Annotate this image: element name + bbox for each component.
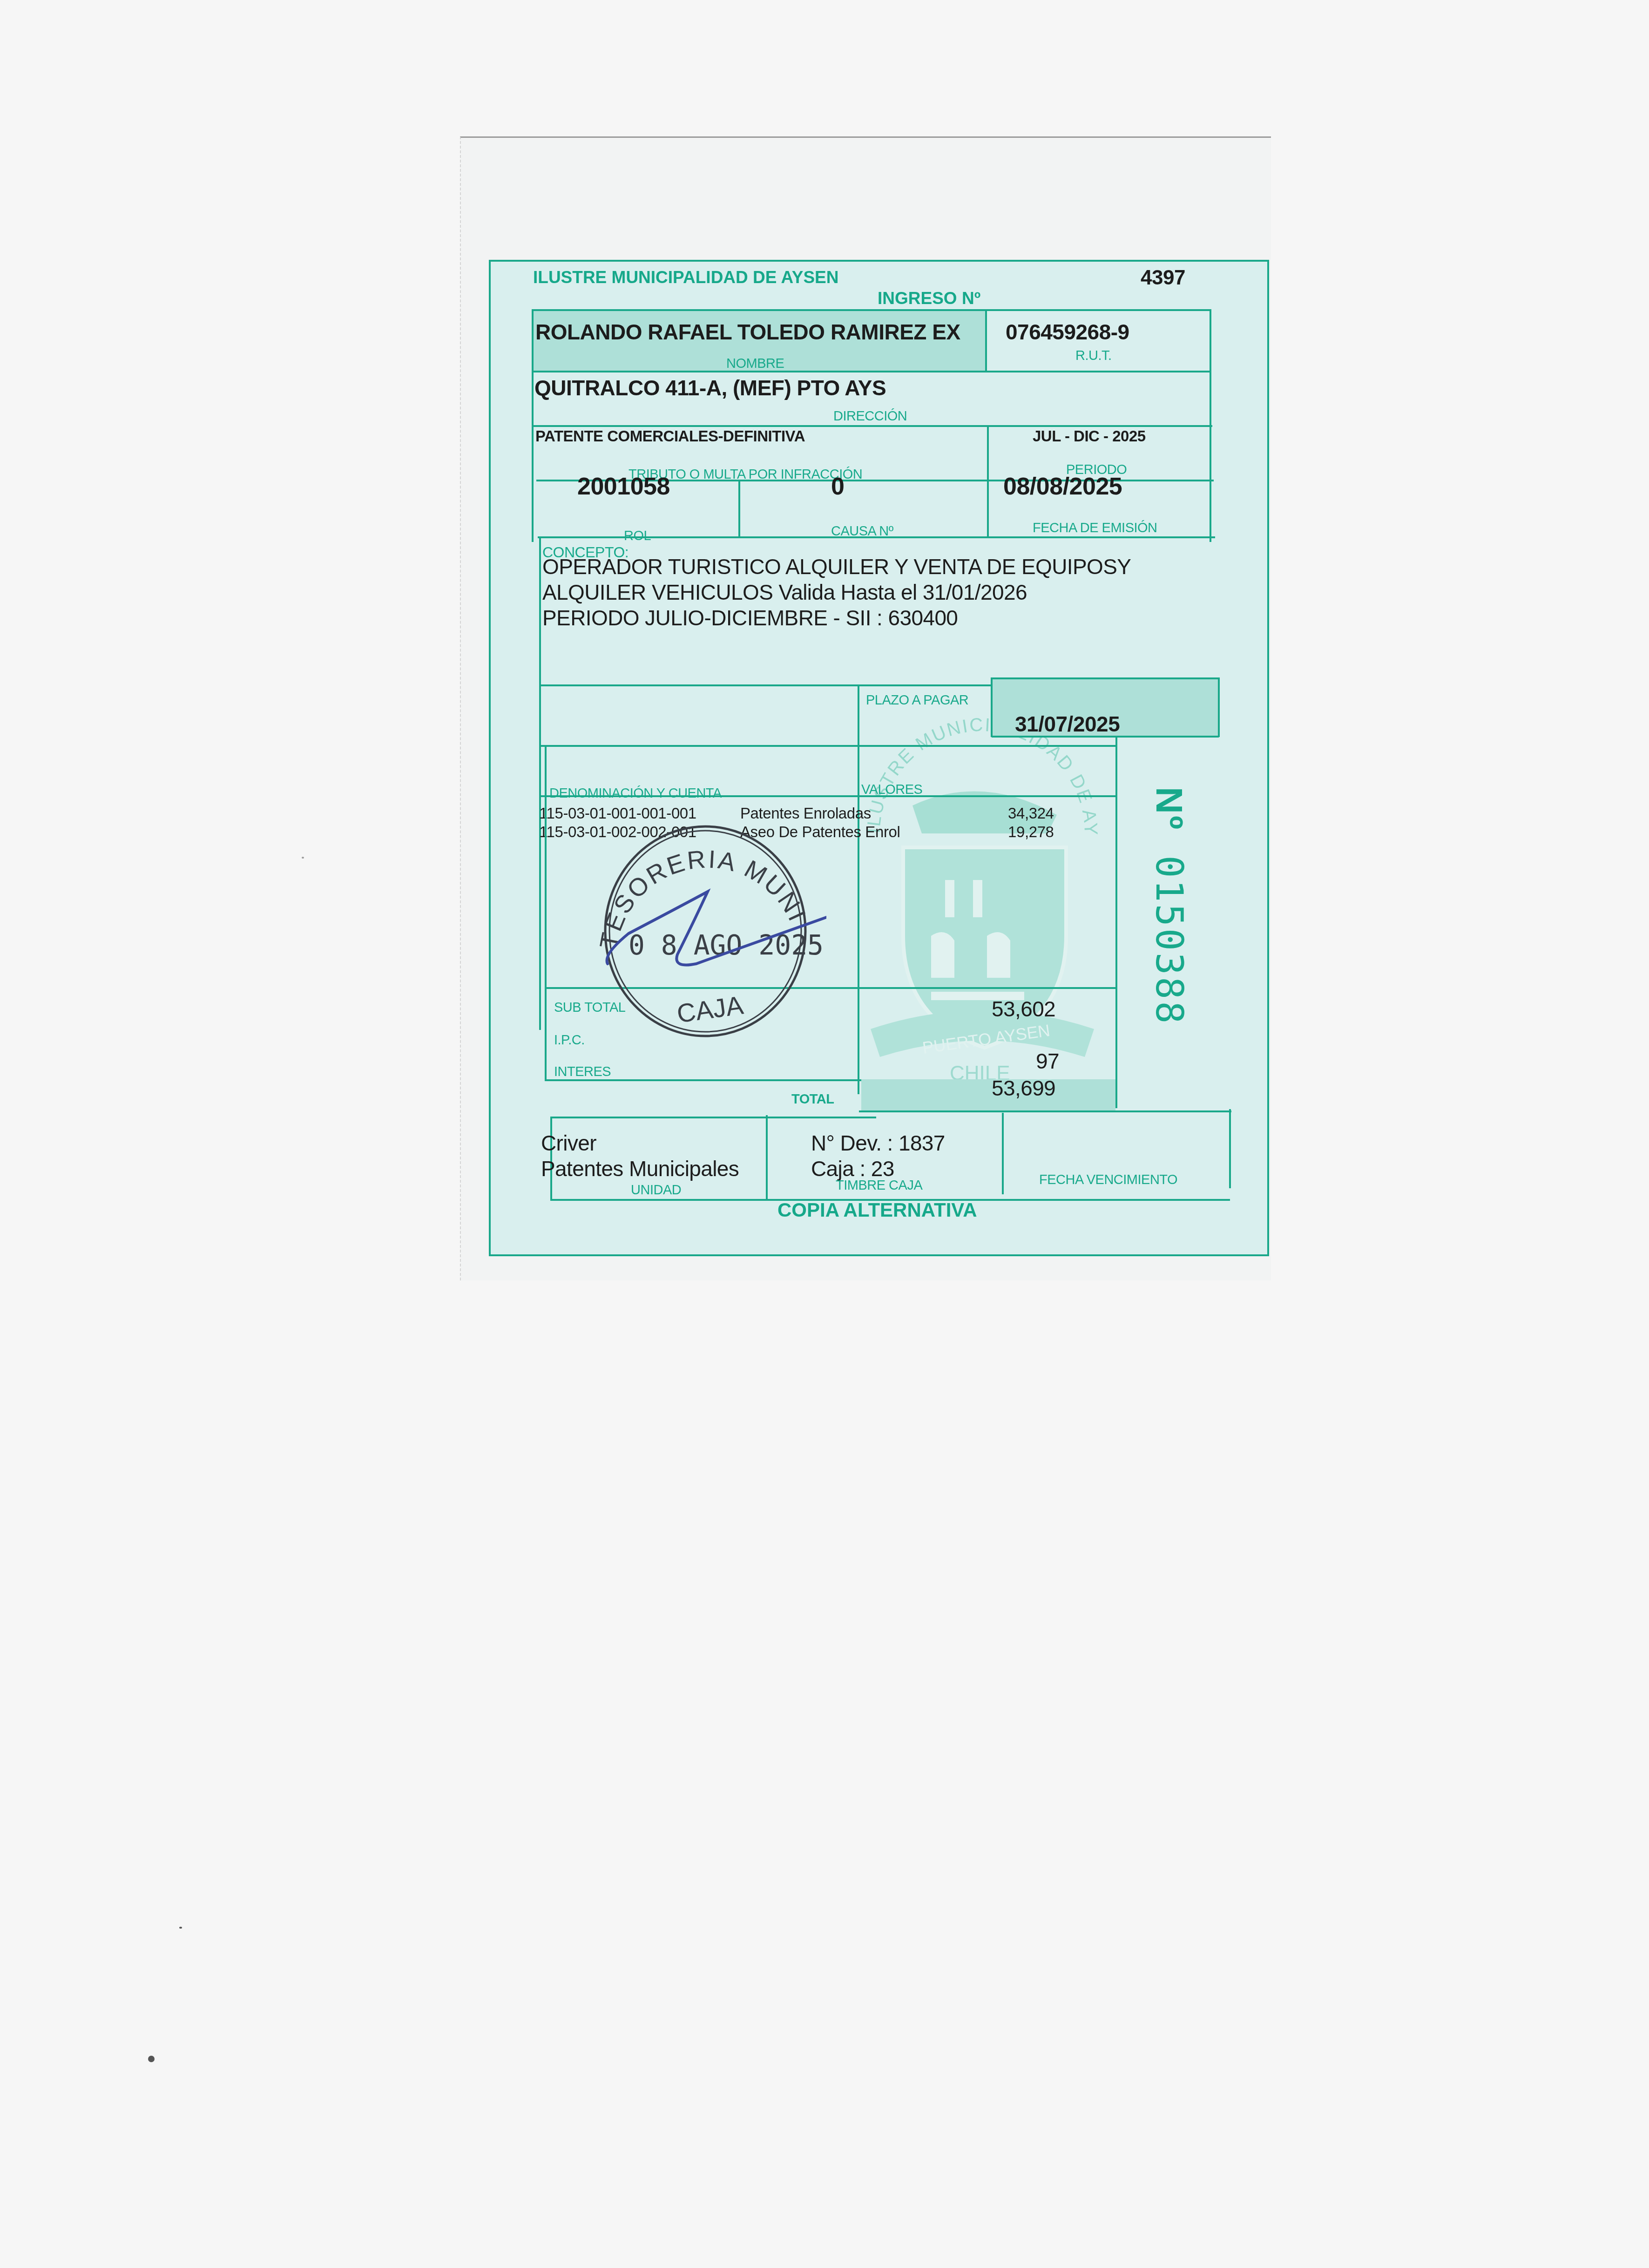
concept-line-2: ALQUILER VEHICULOS Valida Hasta el 31/01… — [542, 580, 1027, 605]
unit-line-1: Criver — [541, 1131, 596, 1156]
tax-period: JUL - DIC - 2025 — [1033, 427, 1146, 445]
taxpayer-address: QUITRALCO 411-A, (MEF) PTO AYS — [534, 375, 886, 400]
emission-label: FECHA DE EMISIÓN — [1033, 521, 1157, 536]
payment-term-label: PLAZO A PAGAR — [866, 693, 968, 708]
stamp-bottom-text: CAJA — [675, 990, 745, 1028]
scan-speck — [302, 857, 304, 859]
serial-number: Nº 0150388 — [1148, 787, 1191, 1025]
emission-date: 08/08/2025 — [1003, 473, 1122, 501]
subtotal-value: 53,602 — [992, 996, 1055, 1022]
ipc-label: I.P.C. — [554, 1033, 585, 1048]
causa-value: 0 — [831, 473, 844, 501]
interest-label: INTERES — [554, 1064, 611, 1080]
total-label: TOTAL — [791, 1092, 834, 1107]
unit-label: UNIDAD — [631, 1183, 681, 1198]
stamp-date: 0 8 AGO 2025 — [629, 929, 824, 961]
serial-prefix: Nº — [1149, 787, 1190, 831]
copy-type: COPIA ALTERNATIVA — [777, 1199, 977, 1221]
stamp-label: TIMBRE CAJA — [836, 1178, 922, 1193]
name-label: NOMBRE — [726, 356, 784, 372]
concept-line-1: OPERADOR TURISTICO ALQUILER Y VENTA DE E… — [542, 554, 1131, 579]
municipal-crest-watermark: ILUSTRE MUNICIPALIDAD DE AYSEN PUERTO AY… — [852, 694, 1113, 1090]
total-value: 53,699 — [992, 1076, 1055, 1101]
due-date-label: FECHA VENCIMIENTO — [1039, 1172, 1177, 1188]
ingreso-label: INGRESO Nº — [878, 289, 980, 308]
rol-value: 2001058 — [577, 473, 670, 501]
unit-line-2: Patentes Municipales — [541, 1156, 739, 1181]
stamp-line-1: N° Dev. : 1837 — [811, 1131, 945, 1156]
tribute-type: PATENTE COMERCIALES-DEFINITIVA — [535, 427, 805, 445]
interest-value: 97 — [1036, 1049, 1059, 1074]
stamp-line-2: Caja : 23 — [811, 1156, 894, 1181]
taxpayer-name: ROLANDO RAFAEL TOLEDO RAMIREZ EX — [535, 319, 960, 345]
rut-label: R.U.T. — [1075, 348, 1112, 364]
total-shade — [861, 1079, 1115, 1112]
address-label: DIRECCIÓN — [833, 409, 907, 424]
payment-term-value: 31/07/2025 — [1015, 711, 1120, 737]
serial-digits: 0150388 — [1148, 855, 1191, 1025]
accounts-header: DENOMINACIÓN Y CUENTA — [549, 786, 722, 801]
taxpayer-rut: 076459268-9 — [1006, 319, 1129, 345]
issuer-title: ILUSTRE MUNICIPALIDAD DE AYSEN — [533, 268, 838, 287]
scan-speck — [179, 1927, 182, 1929]
cashier-stamp: TESORERIA MUNICIPAL 0 8 AGO 2025 CAJA — [584, 815, 826, 1048]
scan-speck — [148, 2056, 155, 2062]
concept-line-3: PERIODO JULIO-DICIEMBRE - SII : 630400 — [542, 605, 958, 630]
receipt-form: ILUSTRE MUNICIPALIDAD DE AYSEN PUERTO AY… — [0, 0, 1649, 2268]
ingreso-number: 4397 — [1141, 266, 1185, 290]
